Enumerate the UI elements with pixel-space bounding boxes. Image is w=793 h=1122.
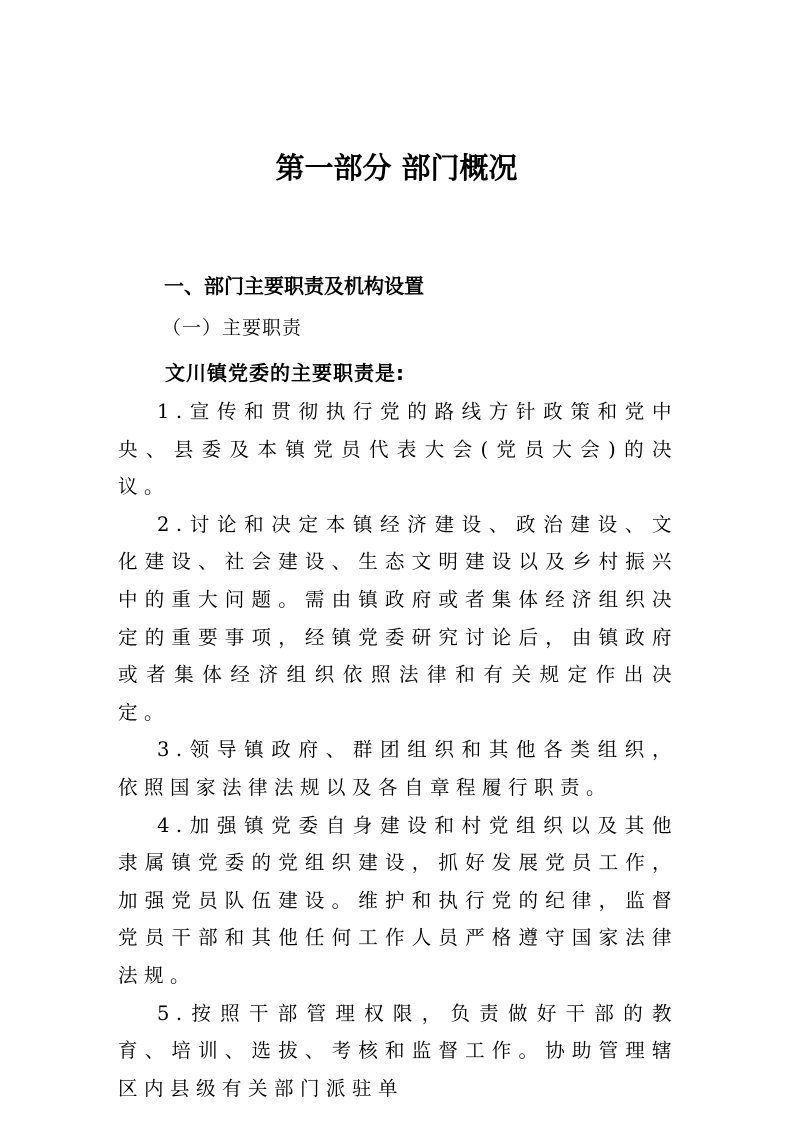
subsection-heading: （一）主要职责 bbox=[162, 314, 302, 342]
duty-paragraph-1: 1.宣传和贯彻执行党的路线方针政策和党中央、县委及本镇党员代表大会(党员大会)的… bbox=[118, 393, 678, 506]
section-heading: 一、部门主要职责及机构设置 bbox=[164, 272, 424, 300]
duty-paragraph-3: 3.领导镇政府、群团组织和其他各类组织，依照国家法律法规以及各自章程履行职责。 bbox=[118, 731, 678, 806]
lead-sentence: 文川镇党委的主要职责是: bbox=[165, 359, 405, 387]
duty-paragraph-4: 4.加强镇党委自身建设和村党组织以及其他隶属镇党委的党组织建设，抓好发展党员工作… bbox=[118, 807, 678, 995]
document-page: 第一部分 部门概况 一、部门主要职责及机构设置 （一）主要职责 文川镇党委的主要… bbox=[0, 0, 793, 1122]
page-title: 第一部分 部门概况 bbox=[0, 148, 793, 188]
duty-paragraph-5: 5.按照干部管理权限，负责做好干部的教育、培训、选拔、考核和监督工作。协助管理辖… bbox=[118, 995, 678, 1108]
duty-paragraph-2: 2.讨论和决定本镇经济建设、政治建设、文化建设、社会建设、生态文明建设以及乡村振… bbox=[118, 506, 678, 732]
duties-list: 1.宣传和贯彻执行党的路线方针政策和党中央、县委及本镇党员代表大会(党员大会)的… bbox=[118, 393, 678, 1107]
